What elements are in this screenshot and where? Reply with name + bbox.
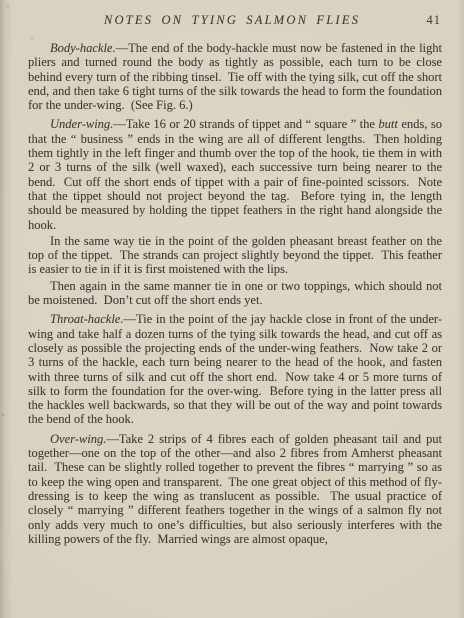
italic-term: Under-wing. xyxy=(50,117,113,131)
italic-term: Body-hackle. xyxy=(50,41,116,55)
paragraph: Then again in the same manner tie in one… xyxy=(28,279,442,308)
body-text: Body-hackle.—The end of the body-hackle … xyxy=(28,36,442,546)
paragraph: In the same way tie in the point of the … xyxy=(28,234,442,277)
italic-term: Throat-hackle. xyxy=(50,312,123,326)
running-title: NOTES ON TYING SALMON FLIES xyxy=(0,13,464,28)
paper-speck xyxy=(2,413,4,417)
italic-term: Over-wing. xyxy=(50,432,106,446)
paragraph: Over-wing.—Take 2 strips of 4 fibres eac… xyxy=(28,432,442,546)
paragraph: Under-wing.—Take 16 or 20 strands of tip… xyxy=(28,117,442,231)
paper-speck xyxy=(7,5,9,7)
paragraph: Throat-hackle.—Tie in the point of the j… xyxy=(28,312,442,426)
paragraph: Body-hackle.—The end of the body-hackle … xyxy=(28,41,442,112)
italic-term: butt xyxy=(378,117,397,131)
paragraph-text: —Tie in the point of the jay hackle clos… xyxy=(28,312,442,426)
paper-speck xyxy=(31,37,33,40)
page-number: 41 xyxy=(427,13,442,28)
paragraph-text: In the same way tie in the point of the … xyxy=(28,234,442,277)
paragraph-text: —Take 16 or 20 strands of tippet and “ s… xyxy=(113,117,378,131)
paragraph-text: ends, so that the “ business ” ends in t… xyxy=(28,117,442,231)
page-header: NOTES ON TYING SALMON FLIES 41 xyxy=(0,0,464,33)
paragraph-text: —Take 2 strips of 4 fibres each of golde… xyxy=(28,432,442,546)
book-page: NOTES ON TYING SALMON FLIES 41 Body-hack… xyxy=(0,0,464,618)
paragraph-text: Then again in the same manner tie in one… xyxy=(28,279,442,307)
